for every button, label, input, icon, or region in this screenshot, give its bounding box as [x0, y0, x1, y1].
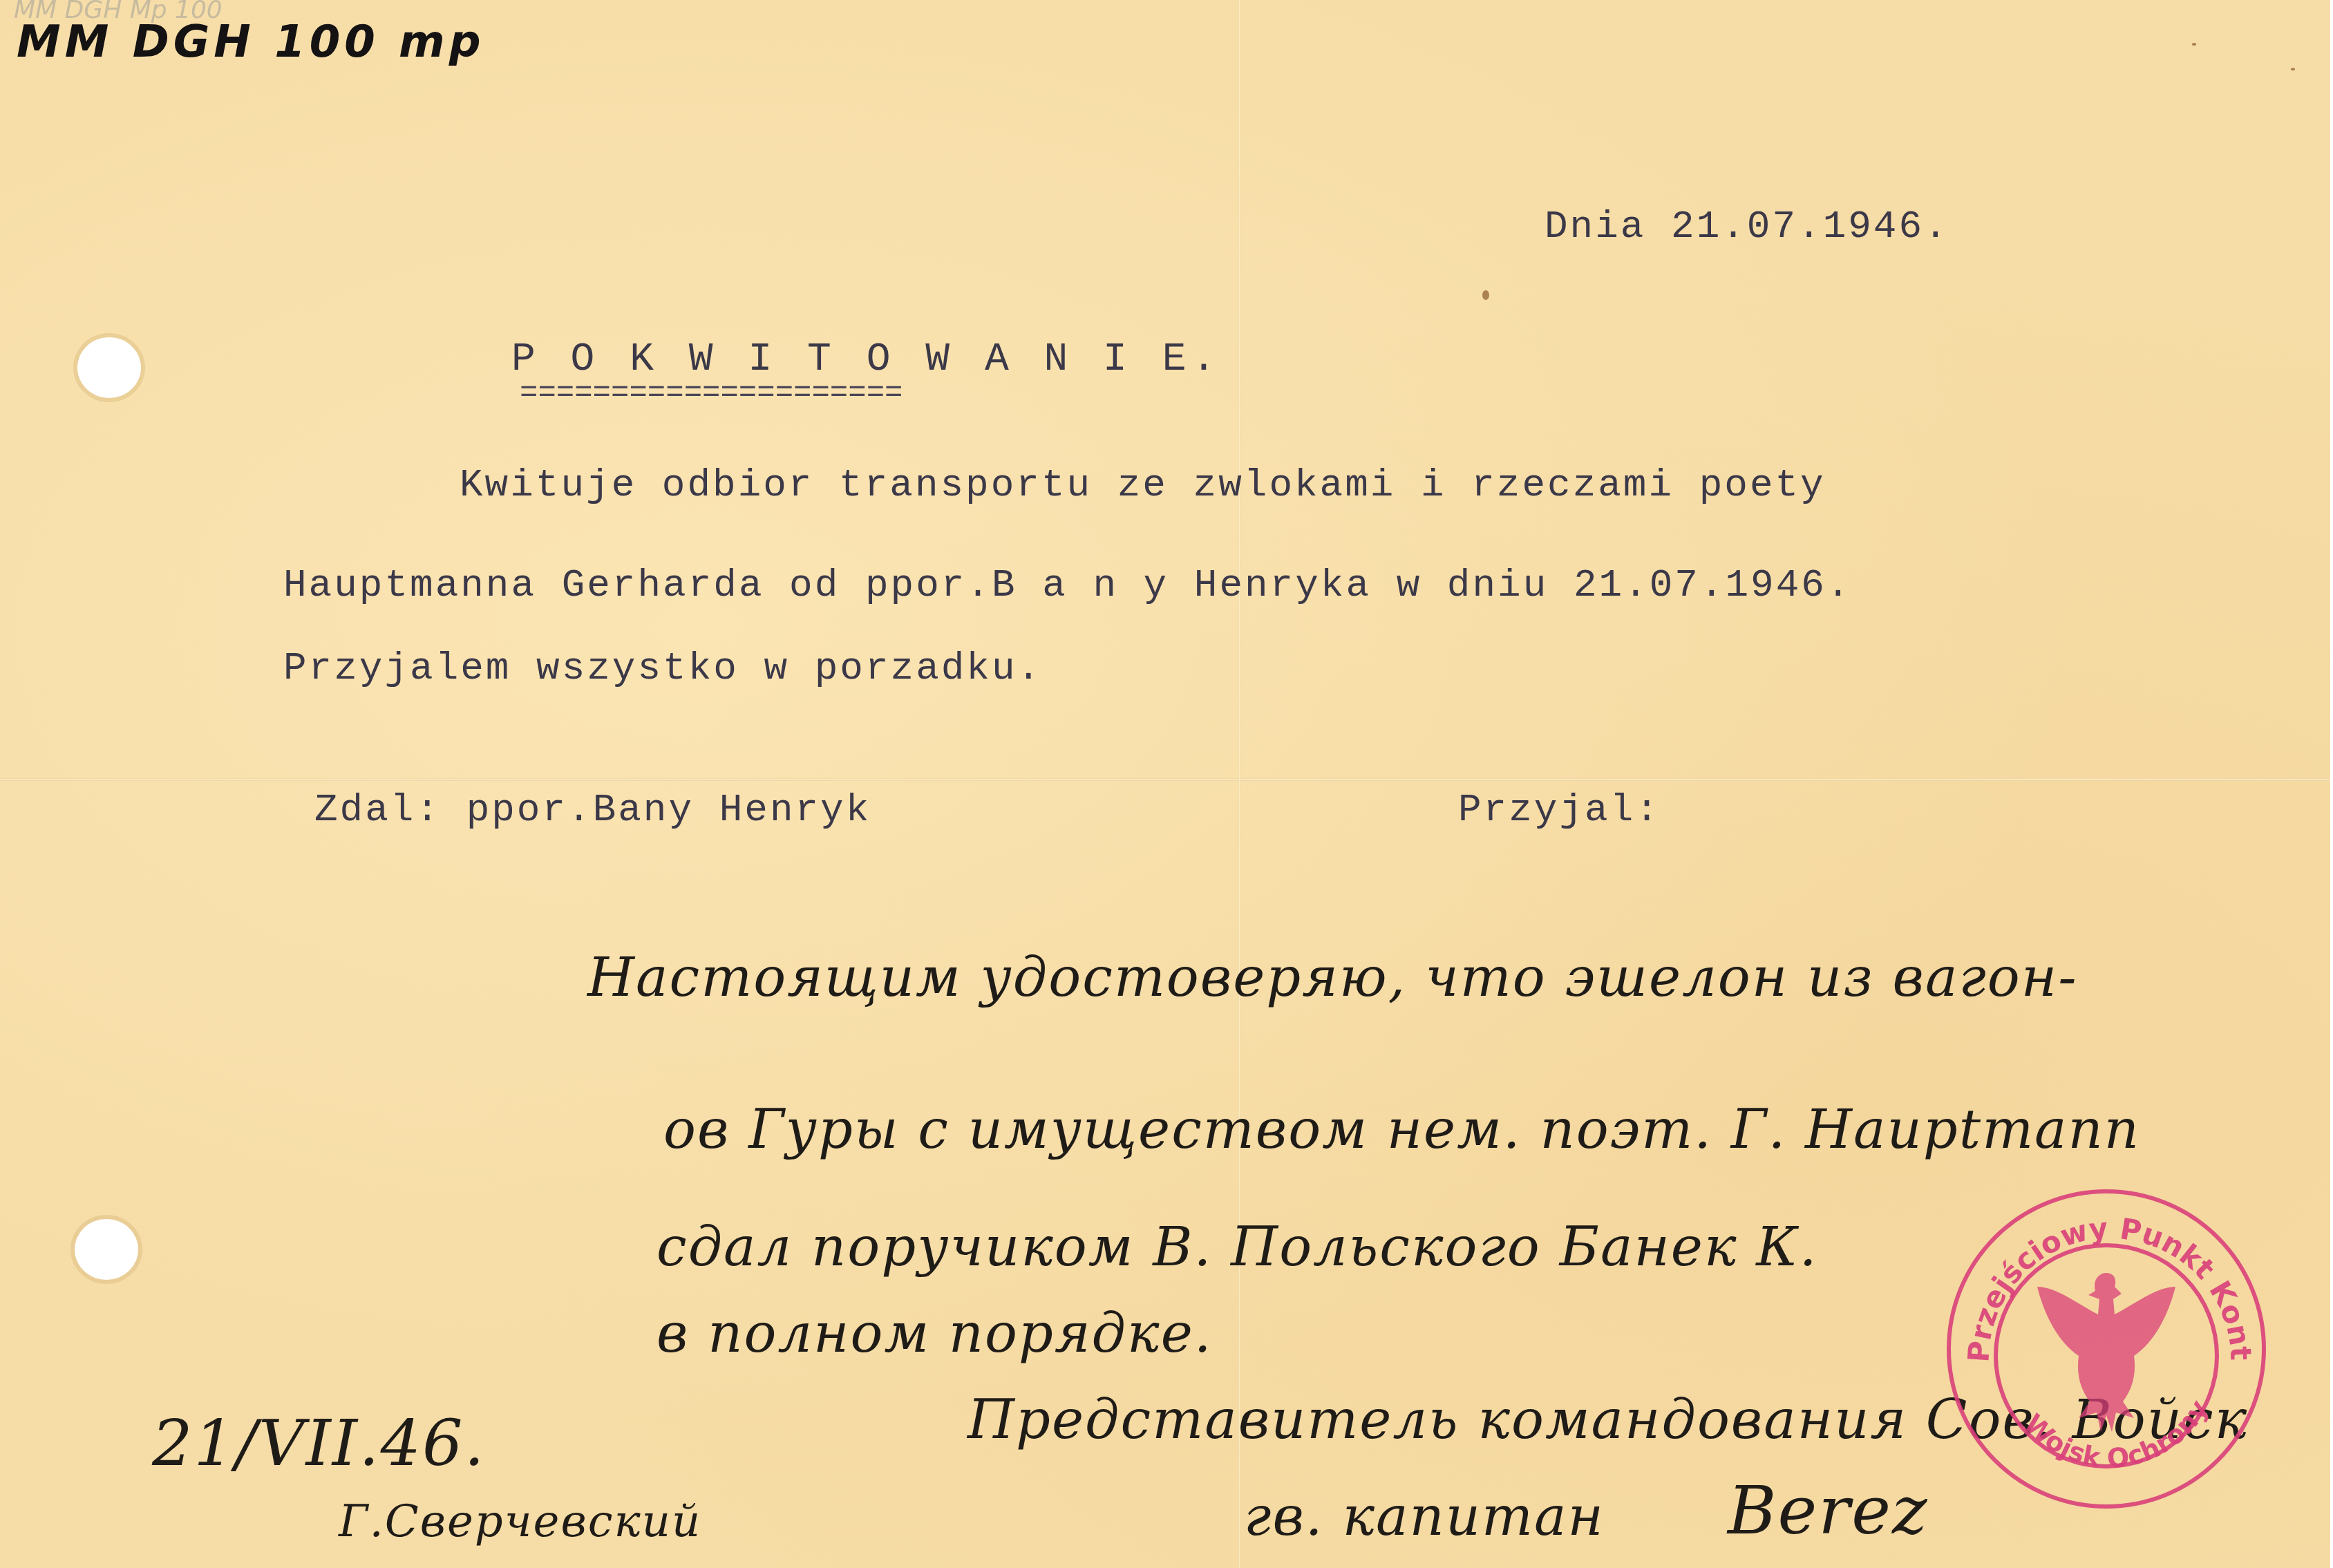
paper-edge: [2330, 0, 2333, 1568]
handwritten-line-2: ов Гуры с имуществом нем. поэт. Г. Haupt…: [663, 1099, 2140, 1161]
body-line-3: Przyjalem wszystko w porzadku.: [283, 646, 1042, 690]
date-line: Dnia 21.07.1946.: [1545, 205, 1949, 249]
handwritten-line-3: сдал поручиком В. Польского Банек К.: [657, 1216, 1818, 1278]
title-underline: =====================: [520, 377, 903, 411]
signature: Berez: [1728, 1472, 1929, 1549]
handwritten-line-4: в полном порядке.: [657, 1303, 1213, 1365]
stamp-seal-icon: Przejściowy Punkt Kontrolny Nr.3 Wojsk O…: [1940, 1183, 2272, 1515]
polish-eagle-icon: [2037, 1273, 2175, 1432]
handwritten-line-6: гв. капитан: [1244, 1486, 1605, 1548]
official-stamp: Przejściowy Punkt Kontrolny Nr.3 Wojsk O…: [1940, 1183, 2272, 1515]
punch-hole-icon: [75, 1219, 138, 1280]
handwritten-date: 21/VII.46.: [152, 1406, 486, 1480]
received-label: Przyjal:: [1458, 788, 1661, 832]
fold-crease-horizontal: [0, 778, 2330, 781]
fold-crease-vertical: [1238, 0, 1240, 1568]
body-line-2: Hauptmanna Gerharda od ppor.B a n y Henr…: [283, 563, 1852, 607]
paper-speck: [1482, 290, 1489, 300]
paper-speck: [2192, 43, 2196, 46]
handwritten-line-1: Настоящим удостоверяю, что эшелон из ваг…: [587, 947, 2078, 1009]
punch-hole-icon: [77, 337, 141, 398]
document-title: P O K W I T O W A N I E.: [511, 337, 1221, 382]
body-line-1: Kwituje odbior transportu ze zwlokami i …: [460, 463, 1826, 507]
signer-name: Г.Сверчевский: [339, 1496, 701, 1547]
paper-speck: [2291, 68, 2295, 70]
archive-mark: MM DGH 100 mp: [17, 17, 485, 68]
handed-over-line: Zdal: ppor.Bany Henryk: [314, 788, 871, 832]
